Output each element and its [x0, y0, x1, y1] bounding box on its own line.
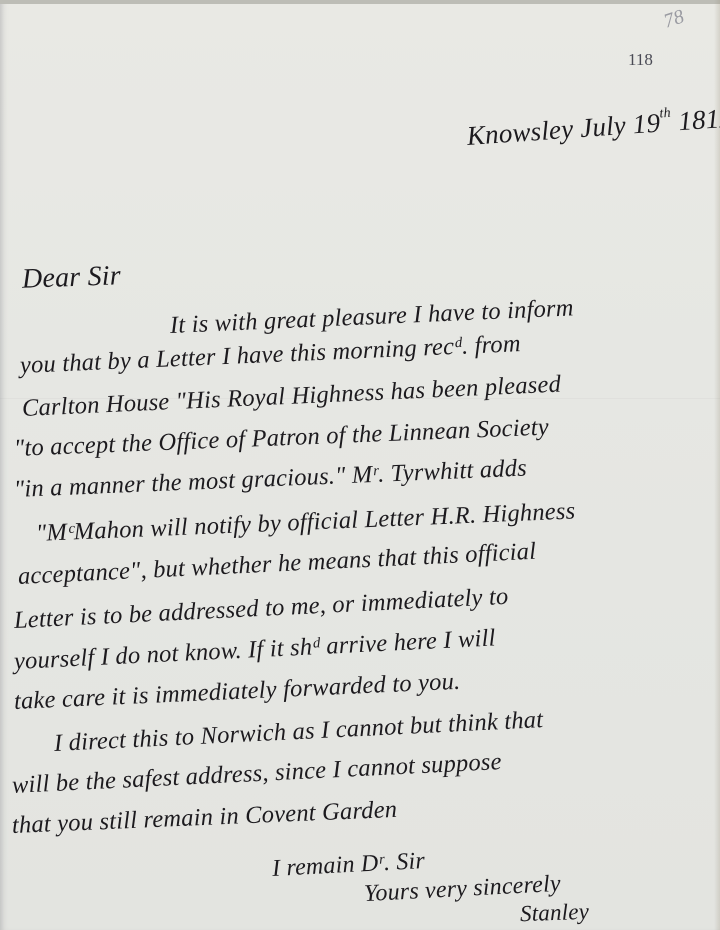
body-line: "in a manner the most gracious." Mʳ. Tyr… — [13, 455, 527, 504]
salutation: Dear Sir — [21, 260, 121, 295]
body-line: you that by a Letter I have this morning… — [19, 330, 521, 380]
closing-sir: Sir — [396, 848, 426, 875]
letter-page: 78 118 Knowsley July 19th 1811 Dear Sir … — [0, 0, 720, 930]
closing-line-1: I remain Dʳ. Sir — [271, 848, 425, 883]
signature: Stanley — [520, 899, 590, 927]
body-line: acceptance", but whether he means that t… — [17, 538, 537, 591]
page-top-edge — [0, 0, 720, 4]
closing-remain: I remain Dʳ. — [271, 850, 390, 882]
dateline-day: 19 — [632, 108, 661, 140]
dateline-place: Knowsley — [466, 114, 574, 151]
dateline-month: July — [579, 110, 627, 143]
archive-page-number: 118 — [628, 50, 653, 70]
body-line: yourself I do not know. If it shᵈ arrive… — [13, 624, 496, 676]
body-line: Carlton House "His Royal Highness has be… — [21, 371, 561, 423]
page-right-edge — [714, 0, 720, 930]
dateline: Knowsley July 19th 1811 — [466, 102, 720, 152]
dateline-year: 1811 — [677, 103, 720, 137]
body-line: "to accept the Office of Patron of the L… — [13, 414, 549, 463]
archive-folio-mark: 78 — [661, 5, 687, 33]
body-line: take care it is immediately forwarded to… — [13, 668, 461, 716]
dateline-day-suffix: th — [659, 106, 671, 122]
body-line: that you still remain in Covent Garden — [11, 796, 397, 840]
